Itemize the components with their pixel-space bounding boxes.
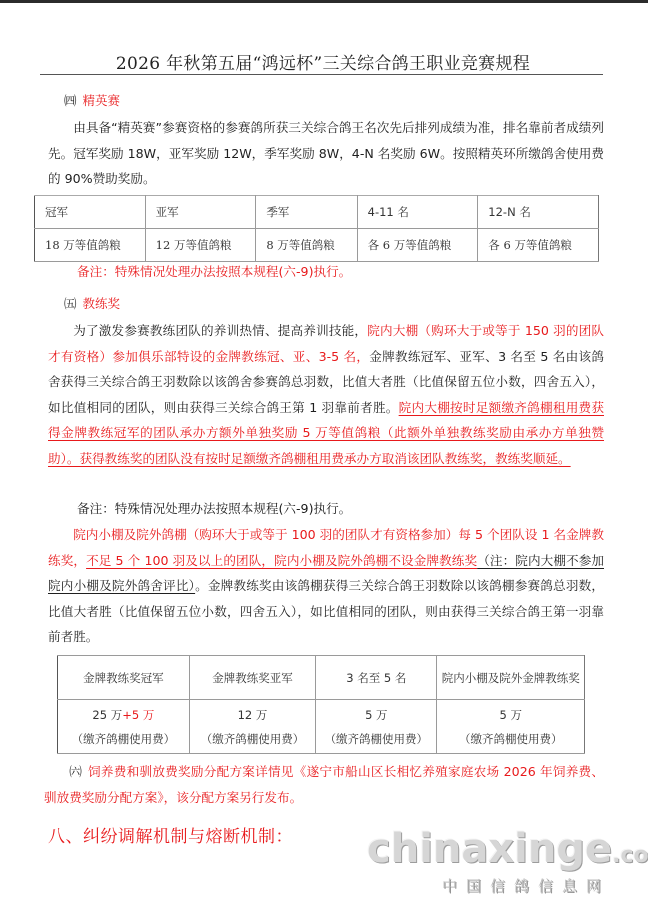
- table-cell: 季军: [256, 196, 357, 229]
- p1-intro: 为了激发参赛教练团队的养训热情、提高养训技能，: [73, 323, 367, 338]
- table-cell: 金牌教练奖亚军: [189, 656, 315, 700]
- table-cell: 4-11 名: [357, 196, 478, 229]
- prize-condition: （缴齐鸽棚使用费）: [190, 727, 315, 751]
- table-cell: 5 万 （缴齐鸽棚使用费）: [316, 700, 437, 754]
- watermark-site-name: 中国信鸽信息网: [442, 875, 610, 896]
- table-cell: 金牌教练奖冠军: [58, 656, 190, 700]
- table-cell: 亚军: [145, 196, 256, 229]
- p2-condition-red-underline: 不足 5 个 100 羽及以上的团队，院内小棚及院外鸽棚不设金牌教练奖: [86, 553, 477, 568]
- watermark-logo: chinaxinge.com: [367, 826, 648, 872]
- table-cell: 各 6 万等值鸽粮: [357, 229, 478, 262]
- prize-condition: （缴齐鸽棚使用费）: [437, 727, 584, 751]
- prize-amount: 12 万: [190, 703, 315, 727]
- section-4-number: ㈣: [64, 93, 77, 108]
- table-row: 25 万+5 万 （缴齐鸽棚使用费） 12 万 （缴齐鸽棚使用费） 5 万 （缴…: [58, 700, 585, 754]
- prize-amount: 5 万: [316, 703, 436, 727]
- watermark-domain: chinaxinge: [367, 826, 612, 872]
- watermark-tld: .com: [612, 843, 648, 868]
- prize-condition: （缴齐鸽棚使用费）: [58, 727, 189, 751]
- table-cell: 各 6 万等值鸽粮: [478, 229, 599, 262]
- section-5-note: 备注：特殊情况处理办法按照本规程(六-9)执行。: [77, 500, 351, 518]
- document-title: 2026 年秋第五届“鸿远杯”三关综合鸽王职业竞赛规程: [40, 49, 606, 74]
- coach-prize-table: 金牌教练奖冠军 金牌教练奖亚军 3 名至 5 名 院内小棚及院外金牌教练奖 25…: [57, 655, 585, 754]
- section-4-note: 备注：特殊情况处理办法按照本规程(六-9)执行。: [77, 263, 351, 281]
- table-header-row: 金牌教练奖冠军 金牌教练奖亚军 3 名至 5 名 院内小棚及院外金牌教练奖: [58, 656, 585, 700]
- table-cell: 18 万等值鸽粮: [35, 229, 146, 262]
- table-cell: 25 万+5 万 （缴齐鸽棚使用费）: [58, 700, 190, 754]
- table-row: 18 万等值鸽粮 12 万等值鸽粮 8 万等值鸽粮 各 6 万等值鸽粮 各 6 …: [35, 229, 599, 262]
- table-header-row: 冠军 亚军 季军 4-11 名 12-N 名: [35, 196, 599, 229]
- prize-amount: 25 万: [92, 708, 122, 722]
- section-6-text: 饲养费和驯放费奖励分配方案详情见《遂宁市船山区长相忆养殖家庭农场 2026 年饲…: [44, 764, 604, 805]
- prize-condition: （缴齐鸽棚使用费）: [316, 727, 436, 751]
- section-6-paragraph: ㈥饲养费和驯放费奖励分配方案详情见《遂宁市船山区长相忆养殖家庭农场 2026 年…: [44, 759, 604, 810]
- chapter-8-heading: 八、纠纷调解机制与熔断机制：: [48, 822, 293, 847]
- table-cell: 院内小棚及院外金牌教练奖: [437, 656, 585, 700]
- section-5-number: ㈤: [64, 296, 77, 311]
- prize-extra: +5 万: [122, 708, 154, 722]
- prize-amount: 5 万: [437, 703, 584, 727]
- table-cell: 冠军: [35, 196, 146, 229]
- section-4-title: 精英赛: [83, 93, 121, 108]
- table-cell: 8 万等值鸽粮: [256, 229, 357, 262]
- top-bar: [0, 0, 648, 3]
- section-6-number: ㈥: [69, 764, 82, 779]
- section-4-paragraph: 由具备“精英赛”参赛资格的参赛鸽所获三关综合鸽王名次先后排列成绩为准，排名靠前者…: [48, 115, 604, 192]
- table-cell: 5 万 （缴齐鸽棚使用费）: [437, 700, 585, 754]
- elite-prize-table: 冠军 亚军 季军 4-11 名 12-N 名 18 万等值鸽粮 12 万等值鸽粮…: [34, 195, 599, 262]
- section-5-paragraph-1: 为了激发参赛教练团队的养训热情、提高养训技能，院内大棚（购环大于或等于 150 …: [48, 318, 604, 472]
- table-cell: 12-N 名: [478, 196, 599, 229]
- table-cell: 12 万等值鸽粮: [145, 229, 256, 262]
- title-divider: [40, 74, 603, 75]
- section-5-heading: ㈤教练奖: [64, 295, 120, 313]
- table-cell: 3 名至 5 名: [316, 656, 437, 700]
- table-cell: 12 万 （缴齐鸽棚使用费）: [189, 700, 315, 754]
- section-4-heading: ㈣精英赛: [64, 92, 120, 110]
- section-5-paragraph-2: 院内小棚及院外鸽棚（购环大于或等于 100 羽的团队才有资格参加）每 5 个团队…: [48, 522, 604, 650]
- section-5-title: 教练奖: [83, 296, 121, 311]
